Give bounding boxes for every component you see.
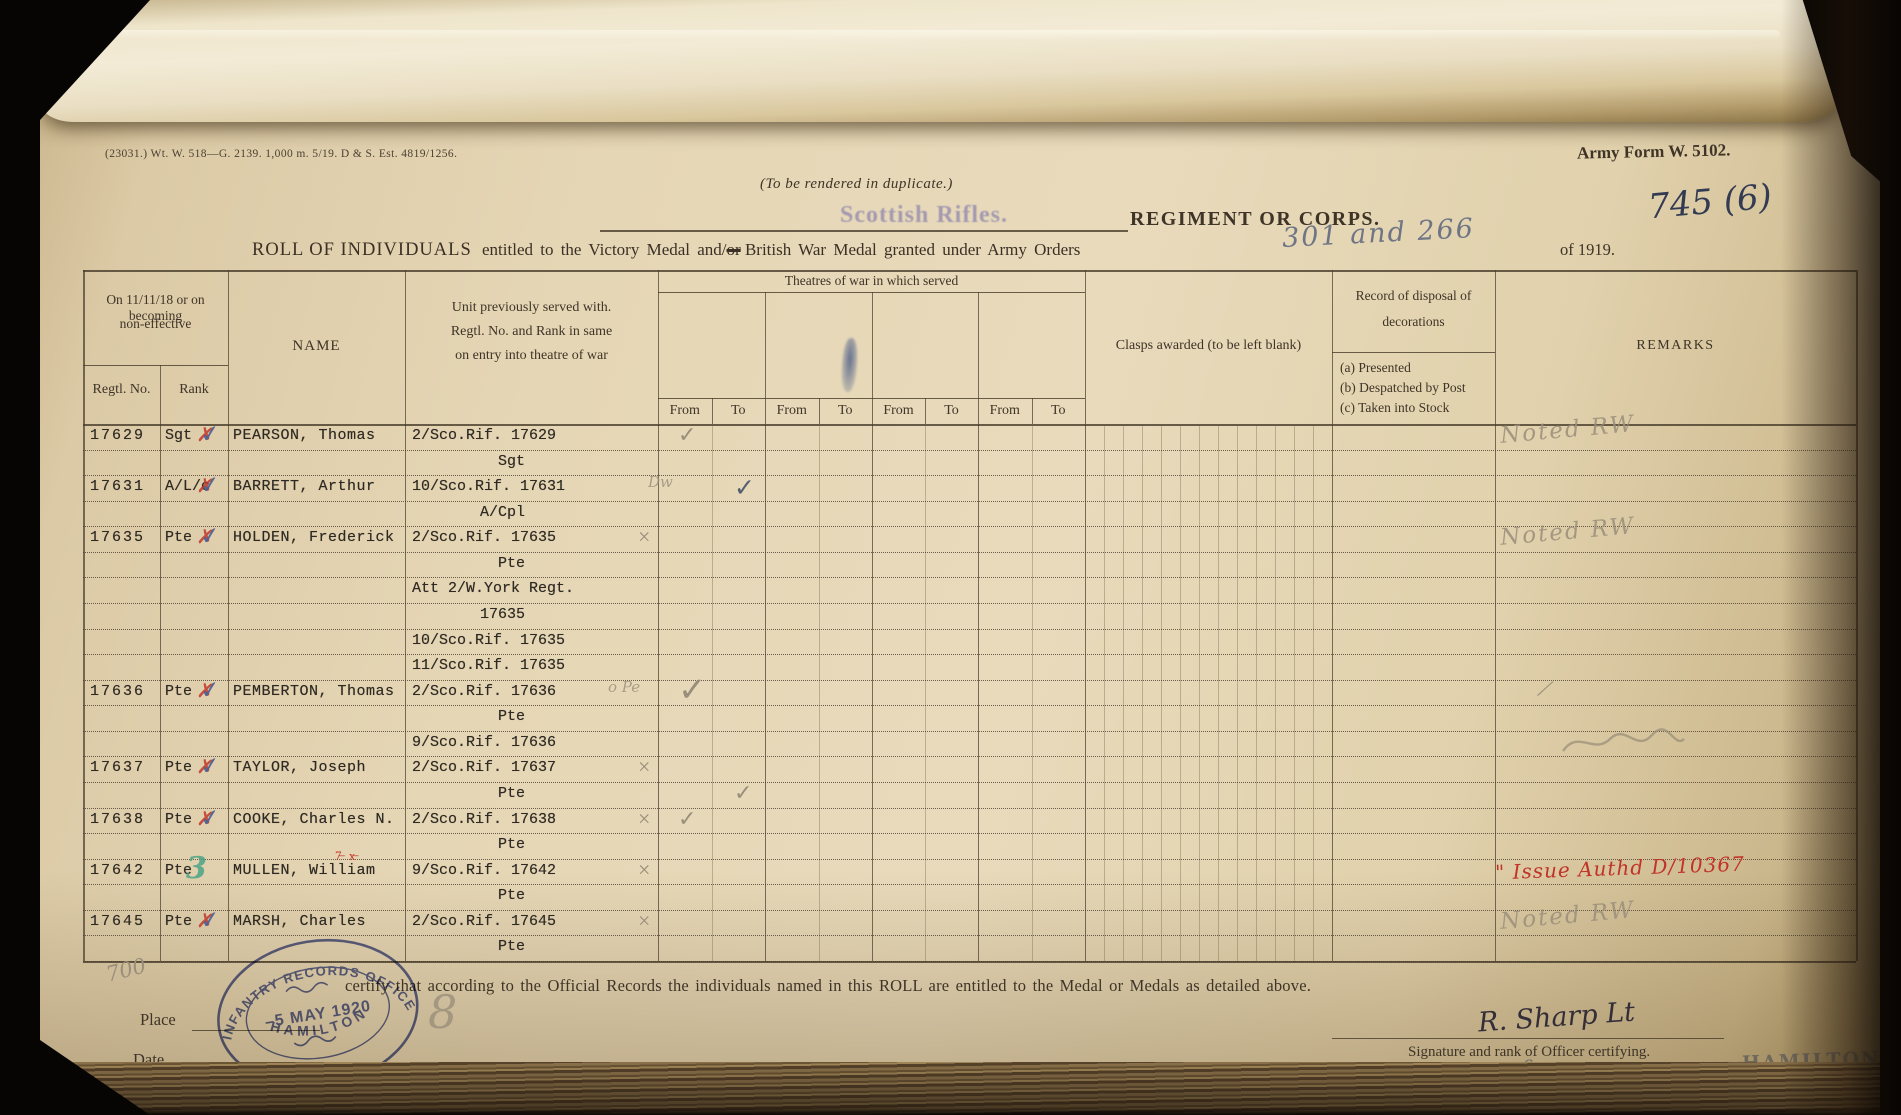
unit-cell: 9/Sco.Rif. 17636 xyxy=(412,734,556,751)
rank-check-mark: ✗✓ xyxy=(197,476,227,502)
rank-cell: Pte xyxy=(165,811,192,828)
table-row: 17637Pte✗✓TAYLOR, Joseph2/Sco.Rif. 17637… xyxy=(83,756,1856,783)
theatre-mark: ✓ xyxy=(734,473,755,503)
theatre-mark: ✓ xyxy=(678,422,696,448)
unit-cell: 17635 xyxy=(405,606,525,623)
page-top-curl xyxy=(40,0,1840,122)
theatre-mark: × xyxy=(638,754,650,780)
theatre-mark: × xyxy=(638,806,650,832)
theatre-mark: ✓ xyxy=(734,780,752,806)
title-line: ROLL OF INDIVIDUALS entitled to the Vict… xyxy=(252,240,1080,261)
header-rank: Rank xyxy=(160,382,228,398)
blue-check-mark: ✓ xyxy=(199,905,222,936)
header-to-2: To xyxy=(819,403,873,419)
unit-cell: Sgt xyxy=(405,453,525,470)
book-spine-shadow xyxy=(1781,0,1901,1115)
unit-cell: Pte xyxy=(405,836,525,853)
name-cell: BARRETT, Arthur xyxy=(233,478,376,495)
table-row: 17631A/L/c✗✓BARRETT, Arthur10/Sco.Rif. 1… xyxy=(83,475,1856,502)
name-cell: PEMBERTON, Thomas xyxy=(233,683,395,700)
header-from-4: From xyxy=(978,403,1032,419)
red-annotation: 7̶ x̶ xyxy=(335,848,357,864)
blue-check-mark: ✓ xyxy=(199,521,222,552)
unit-cell: 2/Sco.Rif. 17636 xyxy=(412,683,556,700)
regiment-name-stamp: Scottish Rifles. xyxy=(840,202,1008,229)
unit-cell: Att 2/W.York Regt. xyxy=(412,580,574,597)
duplicate-note: (To be rendered in duplicate.) xyxy=(760,176,953,193)
header-from-3: From xyxy=(872,403,925,419)
theatre-mark: × xyxy=(638,524,650,550)
unit-cell: Pte xyxy=(405,938,525,955)
unit-cell: 2/Sco.Rif. 17637 xyxy=(412,759,556,776)
unit-cell: A/Cpl xyxy=(405,504,525,521)
table-row: 11/Sco.Rif. 17635 xyxy=(83,654,1856,681)
unit-cell: Pte xyxy=(405,785,525,802)
title-part1: entitled to the Victory Medal and/ xyxy=(482,240,727,259)
unit-cell: 9/Sco.Rif. 17642 xyxy=(412,862,556,879)
disposal-item-a: (a) Presented xyxy=(1340,360,1411,376)
header-unit-3: on entry into theatre of war xyxy=(405,348,658,364)
unit-cell: 10/Sco.Rif. 17631 xyxy=(412,478,565,495)
header-theatres-title: Theatres of war in which served xyxy=(658,273,1085,289)
disposal-item-c: (c) Taken into Stock xyxy=(1340,400,1449,416)
table-row: 17629Sgt✗✓PEARSON, Thomas2/Sco.Rif. 1762… xyxy=(83,424,1856,451)
fromto-divider-rule xyxy=(819,398,820,424)
name-cell: HOLDEN, Frederick xyxy=(233,529,395,546)
name-cell: COOKE, Charles N. xyxy=(233,811,395,828)
rank-check-mark: ✗✓ xyxy=(197,911,227,937)
name-cell: PEARSON, Thomas xyxy=(233,427,376,444)
blue-check-mark: ✓ xyxy=(199,803,222,834)
unit-cell: 2/Sco.Rif. 17638 xyxy=(412,811,556,828)
theatre-mark: × xyxy=(638,857,650,883)
rank-check-mark: ✗✓ xyxy=(197,527,227,553)
table-row: 17638Pte✗✓COOKE, Charles N.2/Sco.Rif. 17… xyxy=(83,808,1856,835)
table-row: 9/Sco.Rif. 17636 xyxy=(83,731,1856,758)
printers-code: (23031.) Wt. W. 518—G. 2139. 1,000 m. 5/… xyxy=(105,148,457,160)
green-3-mark: 3 xyxy=(186,851,207,886)
regiment-rule xyxy=(600,230,1128,232)
header-unit-1: Unit previously served with. xyxy=(405,300,658,316)
theatre-pencil-note: Dw xyxy=(648,473,673,491)
table-row: Pte xyxy=(83,552,1856,579)
left-black-margin xyxy=(0,0,40,1115)
regtl-no-cell: 17629 xyxy=(90,427,145,444)
theatre-mark: × xyxy=(638,908,650,934)
rank-cell: Pte xyxy=(165,683,192,700)
header-name: NAME xyxy=(228,338,405,355)
unit-cell: Pte xyxy=(405,708,525,725)
table-row: Pte✓ xyxy=(83,782,1856,809)
header-from-1: From xyxy=(658,403,712,419)
unit-cell: Pte xyxy=(405,887,525,904)
table-row: Sgt xyxy=(83,450,1856,477)
header-clasps: Clasps awarded (to be left blank) xyxy=(1085,338,1332,354)
fromto-divider-rule xyxy=(1032,398,1033,424)
name-cell: MULLEN, William xyxy=(233,862,376,879)
page-curl-highlight xyxy=(60,30,1780,40)
place-label: Place xyxy=(140,1010,176,1030)
unit-cell: 11/Sco.Rif. 17635 xyxy=(412,657,565,674)
rank-cell: Pte xyxy=(165,759,192,776)
blue-check-mark: ✓ xyxy=(199,470,222,501)
table-row: 17642Pte3MULLEN, William7̶ x̶9/Sco.Rif. … xyxy=(83,859,1856,886)
name-cell: MARSH, Charles xyxy=(233,913,366,930)
header-from-2: From xyxy=(765,403,819,419)
signature-line xyxy=(1332,1038,1724,1039)
theatre-mark: ✓ xyxy=(678,670,707,710)
header-effective-line2: non-effective xyxy=(83,316,228,332)
rank-check-mark: ✗✓ xyxy=(197,681,227,707)
rank-check-mark: ✗✓ xyxy=(197,425,227,451)
header-to-1: To xyxy=(712,403,766,419)
rank-check-mark: ✗✓ xyxy=(197,757,227,783)
book-photo: (23031.) Wt. W. 518—G. 2139. 1,000 m. 5/… xyxy=(0,0,1901,1115)
header-to-3: To xyxy=(925,403,978,419)
title-year: of 1919. xyxy=(1560,240,1615,260)
effective-divider-rule xyxy=(83,365,228,366)
title-struck-word: or xyxy=(727,240,741,259)
header-disposal-1: Record of disposal of xyxy=(1332,288,1495,304)
table-row: 17635 xyxy=(83,603,1856,630)
rank-cell: Pte xyxy=(165,913,192,930)
header-unit-2: Regtl. No. and Rank in same xyxy=(405,324,658,340)
regtl-no-cell: 17645 xyxy=(90,913,145,930)
table-row: 17636Pte✗✓PEMBERTON, Thomas2/Sco.Rif. 17… xyxy=(83,680,1856,707)
header-disposal-2: decorations xyxy=(1332,314,1495,330)
blue-check-mark: ✓ xyxy=(199,675,222,706)
regtl-no-cell: 17635 xyxy=(90,529,145,546)
disposal-divider-rule xyxy=(1332,352,1495,353)
table-row: 17635Pte✗✓HOLDEN, Frederick2/Sco.Rif. 17… xyxy=(83,526,1856,553)
table-row: Att 2/W.York Regt. xyxy=(83,577,1856,604)
theatre-pencil-note: o Pe xyxy=(608,678,640,696)
pencil-8: 8 xyxy=(428,985,457,1039)
regtl-no-cell: 17638 xyxy=(90,811,145,828)
regtl-no-cell: 17642 xyxy=(90,862,145,879)
page-stack-edges xyxy=(52,1062,1880,1115)
rank-cell: Sgt xyxy=(165,427,192,444)
name-cell: TAYLOR, Joseph xyxy=(233,759,366,776)
fromto-divider-rule xyxy=(712,398,713,424)
regtl-no-cell: 17631 xyxy=(90,478,145,495)
unit-cell: 10/Sco.Rif. 17635 xyxy=(412,632,565,649)
form-number: Army Form W. 5102. xyxy=(1577,140,1731,163)
header-regtl-no: Regtl. No. xyxy=(83,382,160,398)
theatre-mark: ✓ xyxy=(678,806,696,832)
header-to-4: To xyxy=(1032,403,1086,419)
regtl-no-cell: 17636 xyxy=(90,683,145,700)
unit-cell: 2/Sco.Rif. 17645 xyxy=(412,913,556,930)
unit-cell: 2/Sco.Rif. 17635 xyxy=(412,529,556,546)
regtl-no-cell: 17637 xyxy=(90,759,145,776)
title-part2: British War Medal granted under Army Ord… xyxy=(745,240,1080,259)
table-row: 10/Sco.Rif. 17635 xyxy=(83,629,1856,656)
table-top-rule xyxy=(83,270,1856,272)
certification-text: certify that according to the Official R… xyxy=(345,976,1311,996)
unit-cell: 2/Sco.Rif. 17629 xyxy=(412,427,556,444)
disposal-item-b: (b) Despatched by Post xyxy=(1340,380,1466,396)
blue-check-mark: ✓ xyxy=(199,419,222,450)
rank-cell: Pte xyxy=(165,529,192,546)
blue-check-mark: ✓ xyxy=(199,751,222,782)
fromto-divider-rule xyxy=(925,398,926,424)
title-caps: ROLL OF INDIVIDUALS xyxy=(252,240,472,260)
unit-cell: Pte xyxy=(405,555,525,572)
rank-check-mark: ✗✓ xyxy=(197,809,227,835)
